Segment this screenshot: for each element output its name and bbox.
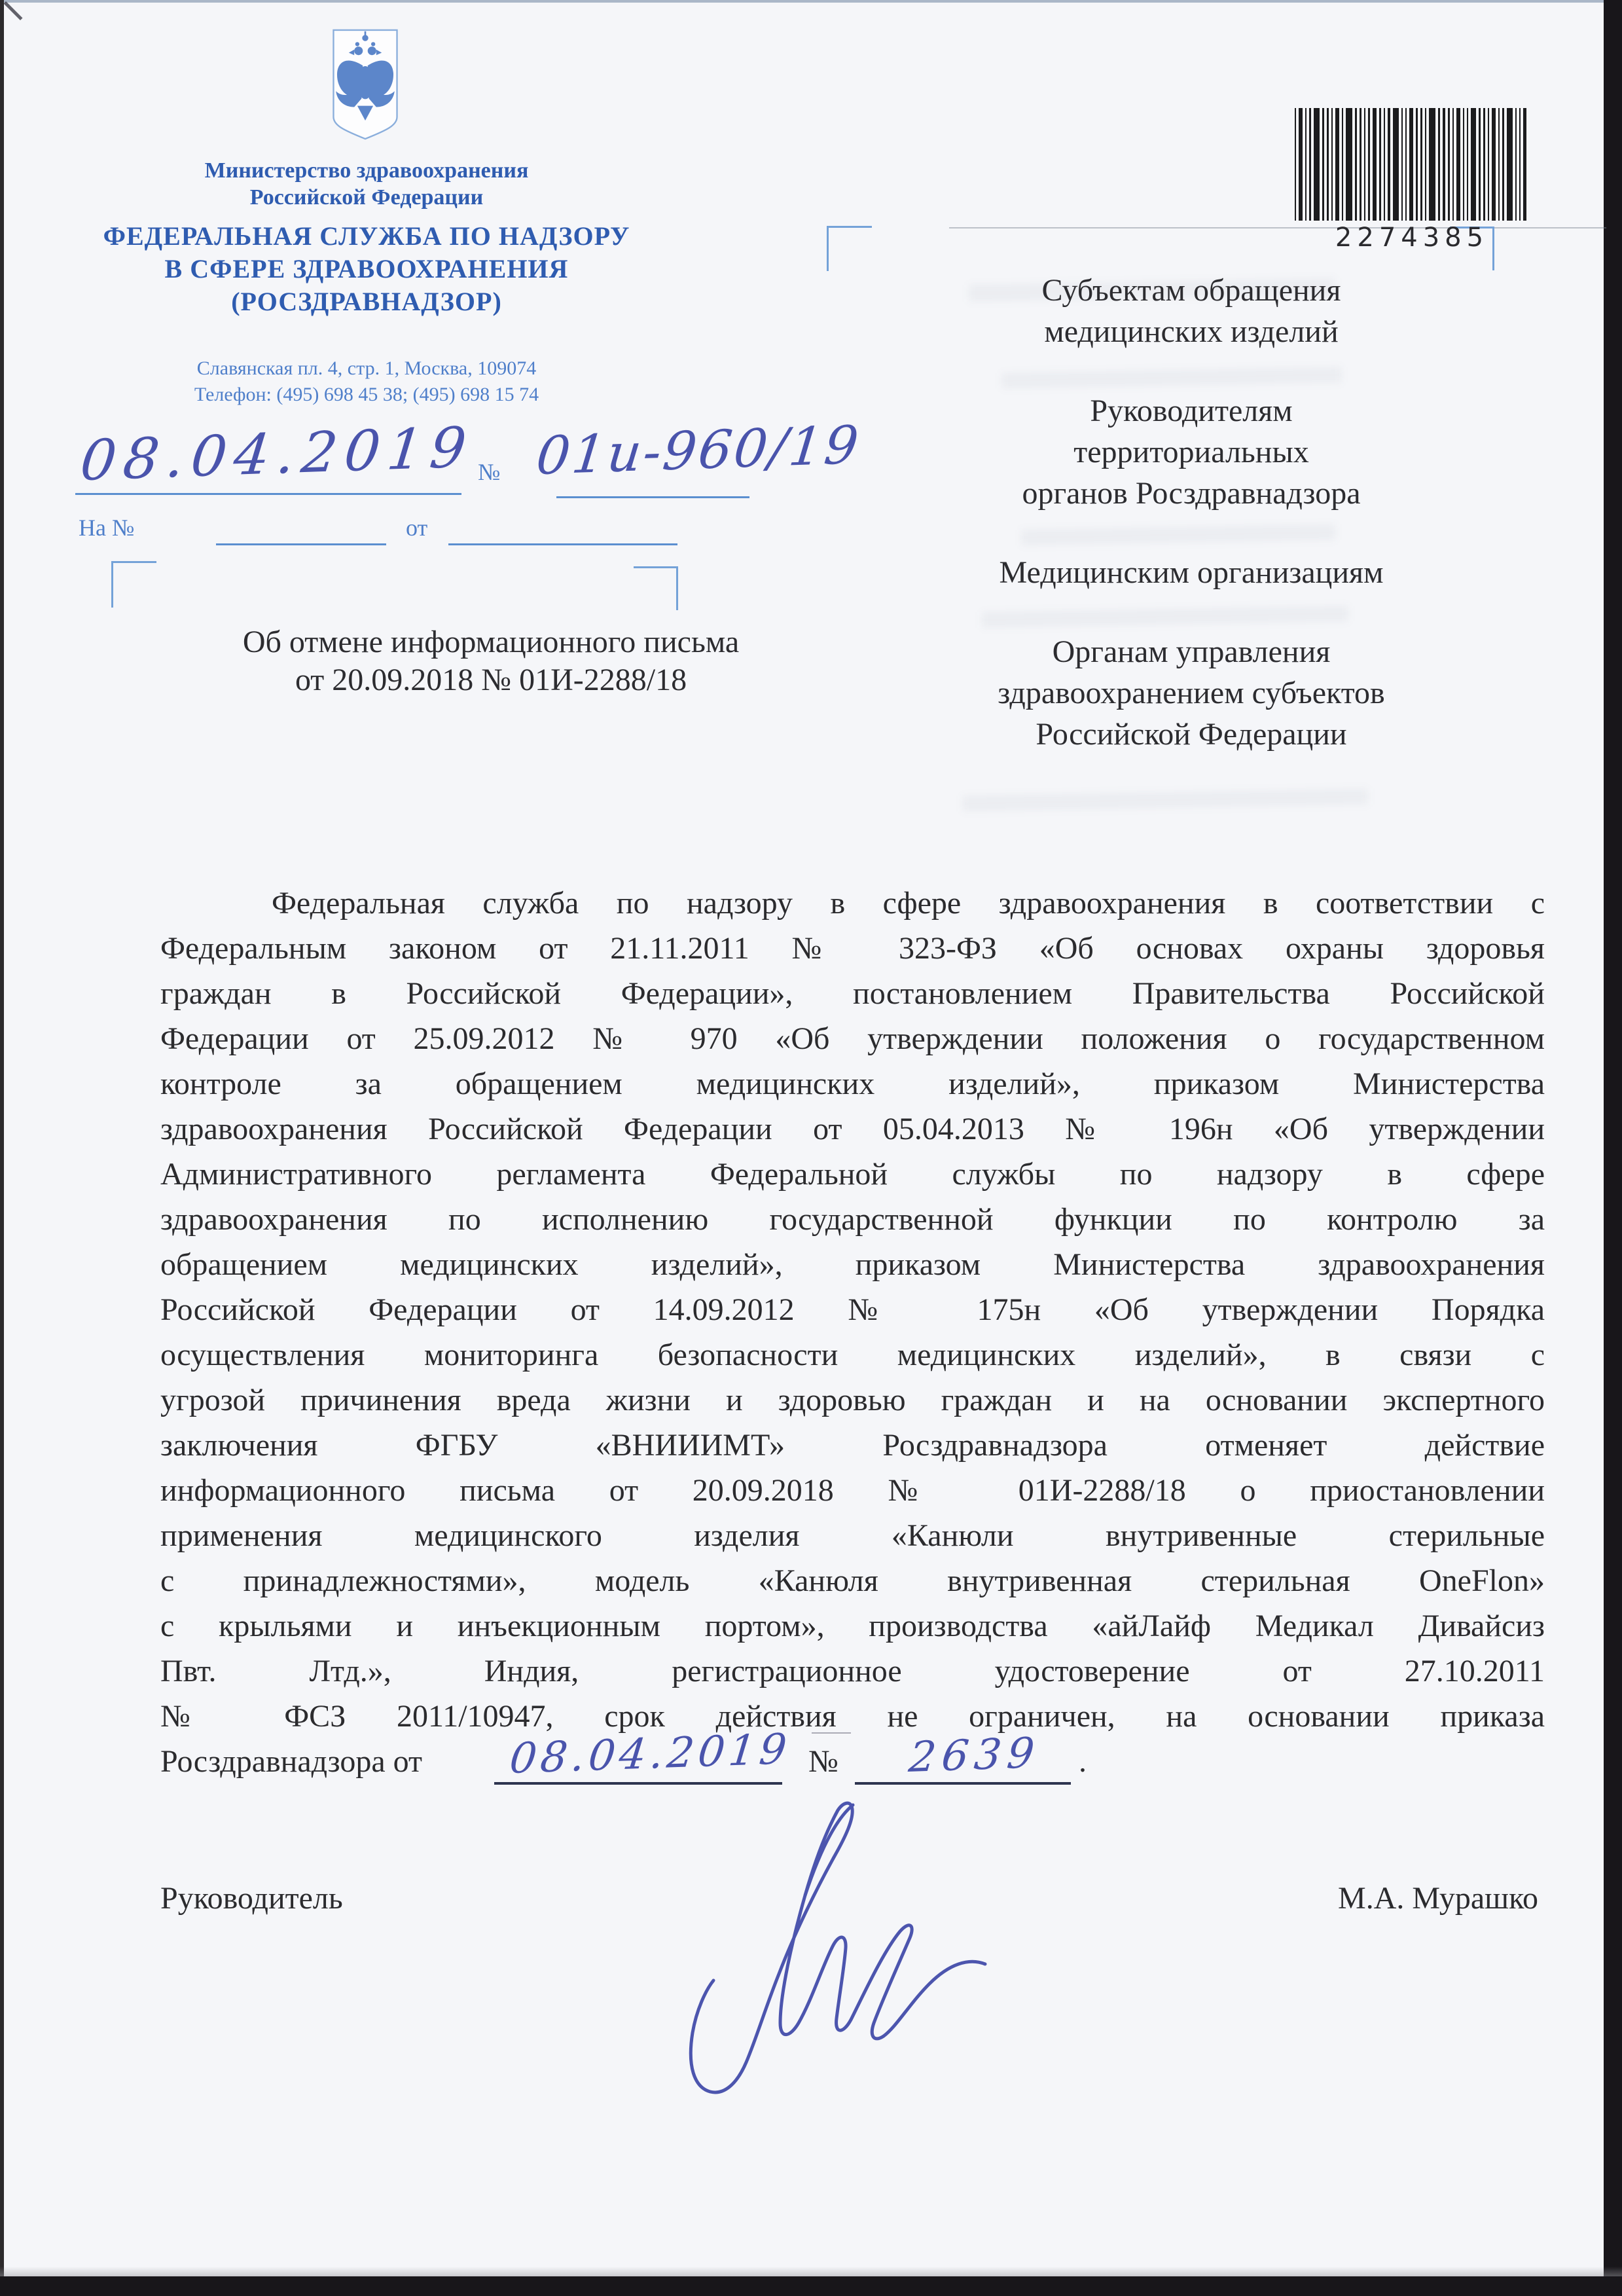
order-number-sign: №	[808, 1739, 838, 1784]
coat-of-arms-emblem	[329, 26, 402, 143]
subject-line1: Об отмене информационного письма	[196, 623, 785, 661]
addressee-list: Субъектам обращениямедицинских изделийРу…	[910, 270, 1473, 793]
barcode-bar	[1463, 108, 1464, 221]
body-line: информационного письма от 20.09.2018 № 0…	[160, 1468, 1545, 1513]
body-line: контроле за обращением медицинских издел…	[160, 1061, 1545, 1106]
barcode-bar	[1438, 108, 1439, 221]
barcode-bar	[1384, 108, 1385, 221]
barcode-number: 2274385	[1295, 223, 1529, 253]
body-line: угрозой причинения вреда жизни и здоровь…	[160, 1377, 1545, 1423]
body-line: граждан в Российской Федерации», постано…	[160, 971, 1545, 1016]
barcode-bar	[1498, 108, 1500, 221]
barcode-bar	[1355, 108, 1356, 221]
reply-to-number-label: На №	[79, 514, 134, 541]
service-name-line1: ФЕДЕРАЛЬНАЯ СЛУЖБА ПО НАДЗОРУ	[39, 220, 694, 253]
barcode-bar	[1502, 108, 1504, 221]
reply-date-fill-line	[448, 543, 677, 545]
barcode-bar	[1368, 108, 1369, 221]
addressee-group: Руководителямтерриториальныхорганов Росз…	[910, 390, 1473, 514]
addressee-line: Российской Федерации	[910, 714, 1473, 755]
letterhead-phone: Телефон: (495) 698 45 38; (495) 698 15 7…	[39, 382, 694, 408]
barcode-bar	[1416, 108, 1418, 221]
barcode-bar	[1335, 108, 1339, 221]
barcode-bar	[1523, 108, 1526, 221]
scan-top-edge	[0, 0, 1622, 3]
body-line: применения медицинского изделия «Канюли …	[160, 1513, 1545, 1558]
barcode-bar	[1471, 108, 1476, 221]
body-line: здравоохранения Российской Федерации от …	[160, 1106, 1545, 1152]
reply-number-fill-line	[216, 543, 386, 545]
barcode-bar	[1456, 108, 1460, 221]
addressee-group: Субъектам обращениямедицинских изделий	[910, 270, 1473, 352]
letterhead-address: Славянская пл. 4, стр. 1, Москва, 109074	[39, 355, 694, 382]
subject-line2: от 20.09.2018 № 01И-2288/18	[196, 661, 785, 699]
barcode-bar	[1373, 108, 1377, 221]
handwritten-outgoing-number: 01и-960/19	[533, 414, 863, 486]
body-line: обращением медицинских изделий», приказо…	[160, 1242, 1545, 1287]
subject-zone-corner-right	[634, 566, 678, 610]
barcode-bar	[1393, 108, 1399, 221]
body-line: с принадлежностями», модель «Канюля внут…	[160, 1558, 1545, 1603]
reply-from-label: от	[406, 514, 427, 541]
barcode-bar	[1360, 108, 1361, 221]
barcode-bar	[1322, 108, 1324, 221]
body-line: здравоохранения по исполнению государств…	[160, 1197, 1545, 1242]
subject-block: Об отмене информационного письма от 20.0…	[196, 623, 785, 699]
barcode-bar	[1388, 108, 1390, 221]
signer-position-label: Руководитель	[160, 1880, 343, 1916]
barcode-bar	[1379, 108, 1380, 221]
barcode-bar	[1331, 108, 1333, 221]
body-last-line-period: .	[1079, 1739, 1087, 1784]
barcode-bar	[1409, 108, 1413, 221]
body-line: № ФСЗ 2011/10947, срок действия не огран…	[160, 1694, 1545, 1739]
barcode-bar	[1479, 108, 1480, 221]
body-line: с крыльями и инъекционным портом», произ…	[160, 1603, 1545, 1649]
scanned-letter-page: Министерство здравоохранения Российской …	[0, 0, 1622, 2296]
ministry-name-line1: Министерство здравоохранения	[39, 157, 694, 184]
service-name-line3: (РОСЗДРАВНАДЗОР)	[39, 285, 694, 318]
handwritten-signature	[602, 1797, 1008, 2105]
barcode-bar	[1488, 108, 1489, 221]
barcode-bar	[1401, 108, 1403, 221]
body-line: Федерации от 25.09.2012 № 970 «Об утверж…	[160, 1016, 1545, 1061]
barcode-bar	[1492, 108, 1496, 221]
body-last-line-prefix: Росздравнадзора от	[160, 1739, 422, 1784]
subject-zone-corner-left	[111, 561, 156, 608]
barcode-bar	[1443, 108, 1446, 221]
handwritten-outgoing-date: 08.04.2019	[77, 415, 477, 494]
date-fill-line	[75, 493, 461, 495]
body-line: Федеральным законом от 21.11.2011 № 323-…	[160, 926, 1545, 971]
service-name-line2: В СФЕРЕ ЗДРАВООХРАНЕНИЯ	[39, 253, 694, 285]
barcode-bar	[1519, 108, 1521, 221]
barcode-bar	[1507, 108, 1513, 221]
barcode	[1295, 108, 1529, 221]
addressee-zone-corner-left	[827, 226, 872, 271]
barcode-bar	[1305, 108, 1307, 221]
scan-bottom-shadow	[0, 2267, 1622, 2277]
ministry-name-line2: Российской Федерации	[39, 184, 694, 211]
handwritten-order-date: 08.04.2019	[507, 1725, 793, 1783]
addressee-line: органов Росздравнадзора	[910, 473, 1473, 514]
number-sign-label: №	[478, 458, 500, 486]
handwritten-order-number: 2639	[907, 1729, 1043, 1782]
addressee-line: территориальных	[910, 431, 1473, 473]
addressee-line: Органам управления	[910, 631, 1473, 672]
signer-name: М.А. Мурашко	[1244, 1880, 1538, 1916]
barcode-bar	[1327, 108, 1328, 221]
addressee-group: Органам управленияздравоохранением субъе…	[910, 631, 1473, 755]
addressee-group: Медицинским организациям	[910, 552, 1473, 593]
pen-underline-mark	[812, 1732, 851, 1734]
scan-bottom-edge	[0, 2276, 1622, 2296]
barcode-bar	[1299, 108, 1303, 221]
body-line: осуществления мониторинга безопасности м…	[160, 1332, 1545, 1377]
barcode-bar	[1425, 108, 1426, 221]
barcode-bar	[1429, 108, 1435, 221]
barcode-bar	[1295, 108, 1296, 221]
barcode-bar	[1452, 108, 1454, 221]
addressee-line: здравоохранением субъектов	[910, 672, 1473, 714]
barcode-bar	[1346, 108, 1352, 221]
body-line: заключения ФГБУ «ВНИИИМТ» Росздравнадзор…	[160, 1423, 1545, 1468]
number-fill-line	[556, 496, 749, 498]
body-text: Федеральная служба по надзору в сфере зд…	[160, 881, 1545, 1739]
addressee-line: Субъектам обращения	[910, 270, 1473, 311]
addressee-line: Медицинским организациям	[910, 552, 1473, 593]
barcode-bar	[1448, 108, 1449, 221]
body-line: Административного регламента Федеральной…	[160, 1152, 1545, 1197]
body-line: Российской Федерации от 14.09.2012 № 175…	[160, 1287, 1545, 1332]
barcode-bar	[1309, 108, 1310, 221]
order-date-fill-line	[494, 1782, 782, 1785]
barcode-bar	[1515, 108, 1517, 221]
barcode-bar	[1420, 108, 1422, 221]
body-line: Пвт. Лтд.», Индия, регистрационное удост…	[160, 1649, 1545, 1694]
barcode-bar	[1405, 108, 1407, 221]
barcode-bar	[1364, 108, 1365, 221]
barcode-bar	[1467, 108, 1468, 221]
scan-right-edge	[1604, 0, 1622, 2296]
order-number-fill-line	[855, 1782, 1071, 1785]
addressee-line: Руководителям	[910, 390, 1473, 431]
barcode-bar	[1483, 108, 1485, 221]
scan-left-edge	[0, 0, 4, 2296]
body-line: Федеральная служба по надзору в сфере зд…	[160, 881, 1545, 926]
pen-mark	[4, 1, 23, 20]
barcode-bar	[1342, 108, 1343, 221]
addressee-line: медицинских изделий	[910, 311, 1473, 352]
barcode-bar	[1314, 108, 1320, 221]
